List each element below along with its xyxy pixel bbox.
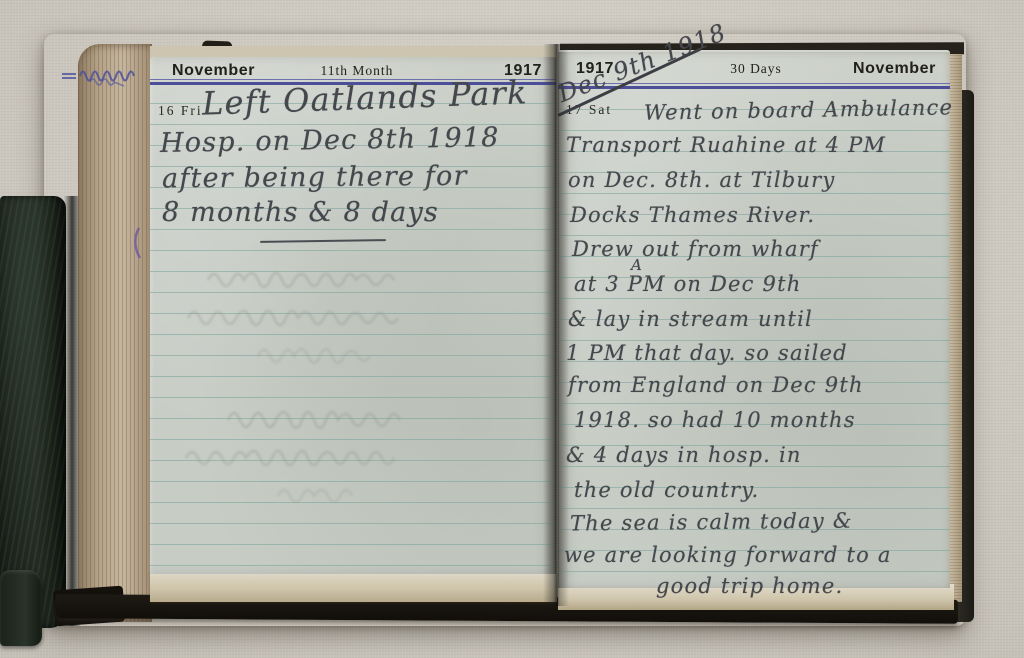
purple-pen-mark (131, 226, 145, 260)
diary-page-right: 1917 30 Days November 17 Sat Dec 9th 191… (558, 50, 950, 588)
gutter-shadow (543, 44, 569, 606)
ghost-bleed-through-writing (168, 252, 538, 542)
entry-line: after being there for (162, 161, 468, 195)
entry-line: Drew out from wharf (572, 237, 819, 261)
entry-line: The sea is calm today & (570, 509, 853, 536)
entry-line: Hosp. on Dec 8th 1918 (160, 122, 500, 159)
entry-line: & lay in stream until (568, 307, 813, 331)
month-label-left: November (172, 62, 295, 80)
month-ordinal-label: 11th Month (295, 63, 418, 79)
leather-cover-flap (0, 196, 66, 628)
photo-backdrop-fabric: November 11th Month 1917 16 Fri Left Oat… (0, 0, 1024, 658)
entry-line: Docks Thames River. (570, 203, 815, 227)
month-label-right: November (816, 60, 936, 78)
entry-line: Transport Ruahine at 4 PM (566, 133, 886, 157)
leather-pen-loop (0, 570, 42, 646)
entry-line: 1918. so had 10 months (574, 408, 856, 432)
entry-line: 8 months & 8 days (162, 197, 439, 228)
page-fore-edge-left (78, 44, 152, 622)
entry-line: good trip home. (656, 574, 843, 598)
printed-date-left: 16 Fri (158, 103, 203, 119)
entry-line: on Dec. 8th. at Tilbury (568, 168, 835, 192)
entry-line: from England on Dec 9th (568, 373, 864, 397)
entry-line: & 4 days in hosp. in (566, 443, 802, 467)
entry-line: we are looking forward to a (564, 543, 892, 567)
under-pages-bottom-left (150, 572, 557, 602)
ink-scribble (60, 60, 146, 90)
diary-page-left: November 11th Month 1917 16 Fri Left Oat… (150, 57, 556, 574)
days-count-label: 30 Days (696, 61, 816, 77)
entry-line: at 3 PM on Dec 9th (574, 272, 801, 296)
entry-line: the old country. (574, 478, 759, 502)
entry-line: 1 PM that day. so sailed (566, 341, 848, 365)
